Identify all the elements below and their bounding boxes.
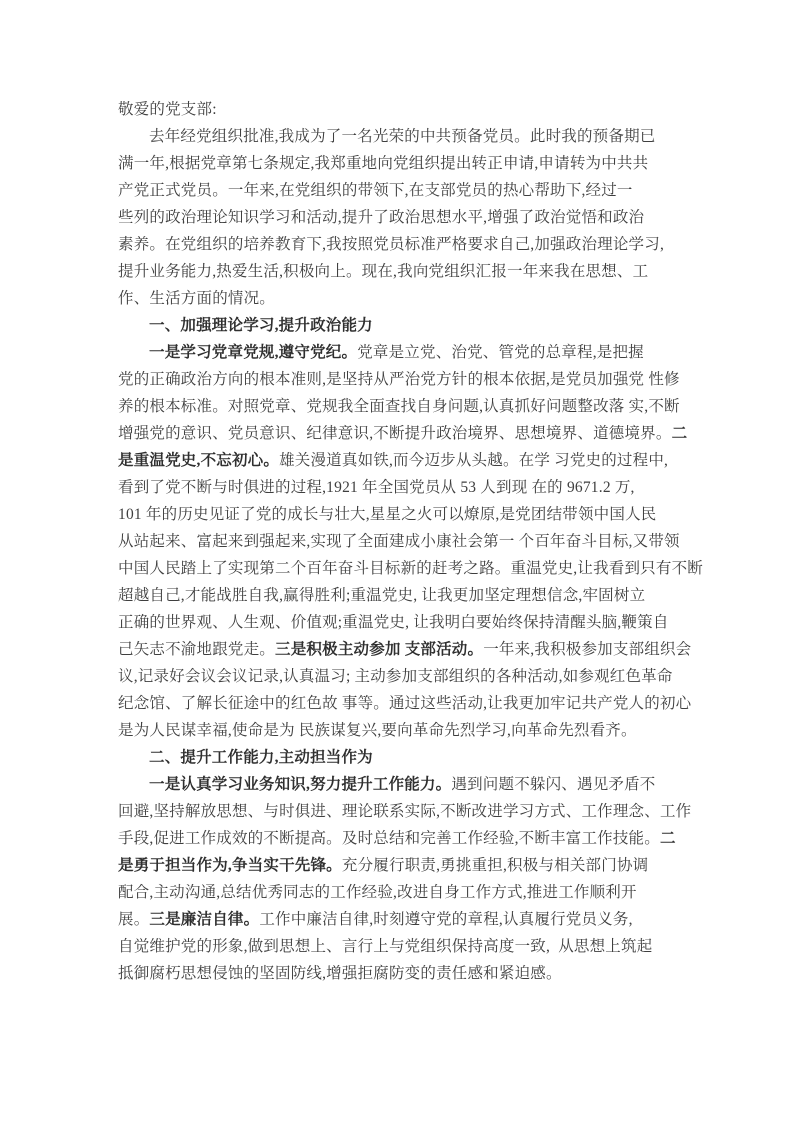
text-run: 遇到问题不躲闪、遇见矛盾不 [451,776,655,793]
bold-text-run: 是勇于担当作为,争当实干先锋。 [118,857,342,874]
text-line: 一、加强理论学习,提升政治能力 [118,312,758,339]
text-line: 从站起来、富起来到强起来,实现了全面建成小康社会第一 个百年奋斗目标,又带领 [118,528,758,555]
text-run: 提升业务能力,热爱生活,积极向上。现在,我向党组织汇报一年来我在思想、工 [118,263,648,280]
text-run: 雄关漫道真如铁,而今迈步从头越。在学 习党史的过程中, [279,452,668,469]
text-run: 展。 [118,911,149,928]
text-line: 是为人民谋幸福,使命是为 民族谋复兴,要向革命先烈学习,向革命先烈看齐。 [118,717,758,744]
text-line: 一是认真学习业务知识,努力提升工作能力。遇到问题不躲闪、遇见矛盾不 [118,771,758,798]
text-line: 养的根本标准。对照党章、党规我全面查找自身问题,认真抓好问题整改落 实,不断 [118,393,758,420]
text-line: 二、提升工作能力,主动担当作为 [118,744,758,771]
text-line: 作、生活方面的情况。 [118,285,758,312]
text-line: 自觉维护党的形象,做到思想上、言行上与党组织保持高度一致, 从思想上筑起 [118,933,758,960]
text-line: 手段,促进工作成效的不断提高。及时总结和完善工作经验,不断丰富工作技能。二 [118,825,758,852]
bold-text-run: 是重温党史,不忘初心。 [118,452,279,469]
salutation: 敬爱的党支部: [118,96,758,123]
text-line: 是勇于担当作为,争当实干先锋。充分履行职责,勇挑重担,积极与相关部门协调 [118,852,758,879]
text-run: 看到了党不断与时俱进的过程,1921 年全国党员从 53 人到现 在的 9671… [118,479,635,496]
text-run: 101 年的历史见证了党的成长与壮大,星星之火可以燎原,是党团结带领中国人民 [118,506,656,523]
text-line: 纪念馆、了解长征途中的红色故 事等。通过这些活动,让我更加牢记共产党人的初心 [118,690,758,717]
bold-text-run: 二、提升工作能力,主动担当作为 [149,749,373,766]
text-line: 提升业务能力,热爱生活,积极向上。现在,我向党组织汇报一年来我在思想、工 [118,258,758,285]
section-heading: 二、提升工作能力,主动担当作为 [118,744,758,771]
text-line: 一是学习党章党规,遵守党纪。党章是立党、治党、管党的总章程,是把握 [118,339,758,366]
text-run: 产党正式党员。一年来,在党组织的带领下,在支部党员的热心帮助下,经过一 [118,182,633,199]
text-run: 中国人民踏上了实现第二个百年奋斗目标新的赶考之路。重温党史,让我看到只有不断 [118,560,703,577]
text-run: 纪念馆、了解长征途中的红色故 事等。通过这些活动,让我更加牢记共产党人的初心 [118,695,691,712]
text-run: 满一年,根据党章第七条规定,我郑重地向党组织提出转正申请,申请转为中共共 [118,155,648,172]
text-run: 正确的世界观、人生观、价值观;重温党史, 让我明白要始终保持清醒头脑,鞭策自 [118,614,669,631]
bold-text-run: 一是学习党章党规,遵守党纪。 [149,344,357,361]
text-line: 中国人民踏上了实现第二个百年奋斗目标新的赶考之路。重温党史,让我看到只有不断 [118,555,758,582]
bold-text-run: 二 [660,830,676,847]
text-line: 满一年,根据党章第七条规定,我郑重地向党组织提出转正申请,申请转为中共共 [118,150,758,177]
paragraph: 一是认真学习业务知识,努力提升工作能力。遇到问题不躲闪、遇见矛盾不回避,坚持解放… [118,771,758,987]
text-line: 超越自己,才能战胜自我,赢得胜利;重温党史, 让我更加坚定理想信念,牢固树立 [118,582,758,609]
text-line: 产党正式党员。一年来,在党组织的带领下,在支部党员的热心帮助下,经过一 [118,177,758,204]
text-run: 作、生活方面的情况。 [118,290,275,307]
bold-text-run: 三是积极主动参加 支部活动。 [275,641,483,658]
text-line: 素养。在党组织的培养教育下,我按照党员标准严格要求自己,加强政治理论学习, [118,231,758,258]
paragraph: 一是学习党章党规,遵守党纪。党章是立党、治党、管党的总章程,是把握党的正确政治方… [118,339,758,744]
text-line: 展。三是廉洁自律。工作中廉洁自律,时刻遵守党的章程,认真履行党员义务, [118,906,758,933]
text-line: 去年经党组织批准,我成为了一名光荣的中共预备党员。此时我的预备期已 [118,123,758,150]
bold-text-run: 三是廉洁自律。 [149,911,259,928]
text-run: 回避,坚持解放思想、与时俱进、理论联系实际,不断改进学习方式、工作理念、工作 [118,803,691,820]
text-run: 己矢志不渝地跟党走。 [118,641,275,658]
text-line: 101 年的历史见证了党的成长与壮大,星星之火可以燎原,是党团结带领中国人民 [118,501,758,528]
text-run: 超越自己,才能战胜自我,赢得胜利;重温党史, 让我更加坚定理想信念,牢固树立 [118,587,645,604]
text-run: 充分履行职责,勇挑重担,积极与相关部门协调 [342,857,648,874]
bold-text-run: 一、加强理论学习,提升政治能力 [149,317,373,334]
text-run: 是为人民谋幸福,使命是为 民族谋复兴,要向革命先烈学习,向革命先烈看齐。 [118,722,637,739]
text-run: 配合,主动沟通,总结优秀同志的工作经验,改进自身工作方式,推进工作顺利开 [118,884,637,901]
text-run: 些列的政治理论知识学习和活动,提升了政治思想水平,增强了政治觉悟和政治 [118,209,644,226]
text-run: 抵御腐朽思想侵蚀的坚固防线,增强拒腐防变的责任感和紧迫感。 [118,965,562,982]
document-page: 敬爱的党支部:去年经党组织批准,我成为了一名光荣的中共预备党员。此时我的预备期已… [0,0,794,1122]
text-run: 党的正确政治方向的根本准则,是坚持从严治党方针的根本依据,是党员加强党 性修 [118,371,680,388]
text-line: 党的正确政治方向的根本准则,是坚持从严治党方针的根本依据,是党员加强党 性修 [118,366,758,393]
paragraph: 去年经党组织批准,我成为了一名光荣的中共预备党员。此时我的预备期已满一年,根据党… [118,123,758,312]
text-run: 敬爱的党支部: [118,101,217,118]
text-line: 配合,主动沟通,总结优秀同志的工作经验,改进自身工作方式,推进工作顺利开 [118,879,758,906]
document-content: 敬爱的党支部:去年经党组织批准,我成为了一名光荣的中共预备党员。此时我的预备期已… [118,96,758,987]
text-line: 抵御腐朽思想侵蚀的坚固防线,增强拒腐防变的责任感和紧迫感。 [118,960,758,987]
text-line: 些列的政治理论知识学习和活动,提升了政治思想水平,增强了政治觉悟和政治 [118,204,758,231]
text-line: 己矢志不渝地跟党走。三是积极主动参加 支部活动。一年来,我积极参加支部组织会 [118,636,758,663]
text-line: 回避,坚持解放思想、与时俱进、理论联系实际,不断改进学习方式、工作理念、工作 [118,798,758,825]
text-run: 自觉维护党的形象,做到思想上、言行上与党组织保持高度一致, 从思想上筑起 [118,938,652,955]
text-run: 手段,促进工作成效的不断提高。及时总结和完善工作经验,不断丰富工作技能。 [118,830,660,847]
text-run: 议,记录好会议会议记录,认真温习; 主动参加支部组织的各种活动,如参观红色革命 [118,668,673,685]
text-line: 正确的世界观、人生观、价值观;重温党史, 让我明白要始终保持清醒头脑,鞭策自 [118,609,758,636]
text-line: 敬爱的党支部: [118,96,758,123]
text-run: 从站起来、富起来到强起来,实现了全面建成小康社会第一 个百年奋斗目标,又带领 [118,533,680,550]
text-line: 增强党的意识、党员意识、纪律意识,不断提升政治境界、思想境界、道德境界。二 [118,420,758,447]
text-run: 素养。在党组织的培养教育下,我按照党员标准严格要求自己,加强政治理论学习, [118,236,664,253]
text-run: 养的根本标准。对照党章、党规我全面查找自身问题,认真抓好问题整改落 实,不断 [118,398,680,415]
text-line: 议,记录好会议会议记录,认真温习; 主动参加支部组织的各种活动,如参观红色革命 [118,663,758,690]
section-heading: 一、加强理论学习,提升政治能力 [118,312,758,339]
text-line: 看到了党不断与时俱进的过程,1921 年全国党员从 53 人到现 在的 9671… [118,474,758,501]
text-line: 是重温党史,不忘初心。雄关漫道真如铁,而今迈步从头越。在学 习党史的过程中, [118,447,758,474]
text-run: 增强党的意识、党员意识、纪律意识,不断提升政治境界、思想境界、道德境界。 [118,425,672,442]
bold-text-run: 一是认真学习业务知识,努力提升工作能力。 [149,776,451,793]
bold-text-run: 二 [672,425,688,442]
text-run: 党章是立党、治党、管党的总章程,是把握 [357,344,644,361]
text-run: 工作中廉洁自律,时刻遵守党的章程,认真履行党员义务, [259,911,632,928]
text-run: 一年来,我积极参加支部组织会 [483,641,691,658]
text-run: 去年经党组织批准,我成为了一名光荣的中共预备党员。此时我的预备期已 [149,128,655,145]
